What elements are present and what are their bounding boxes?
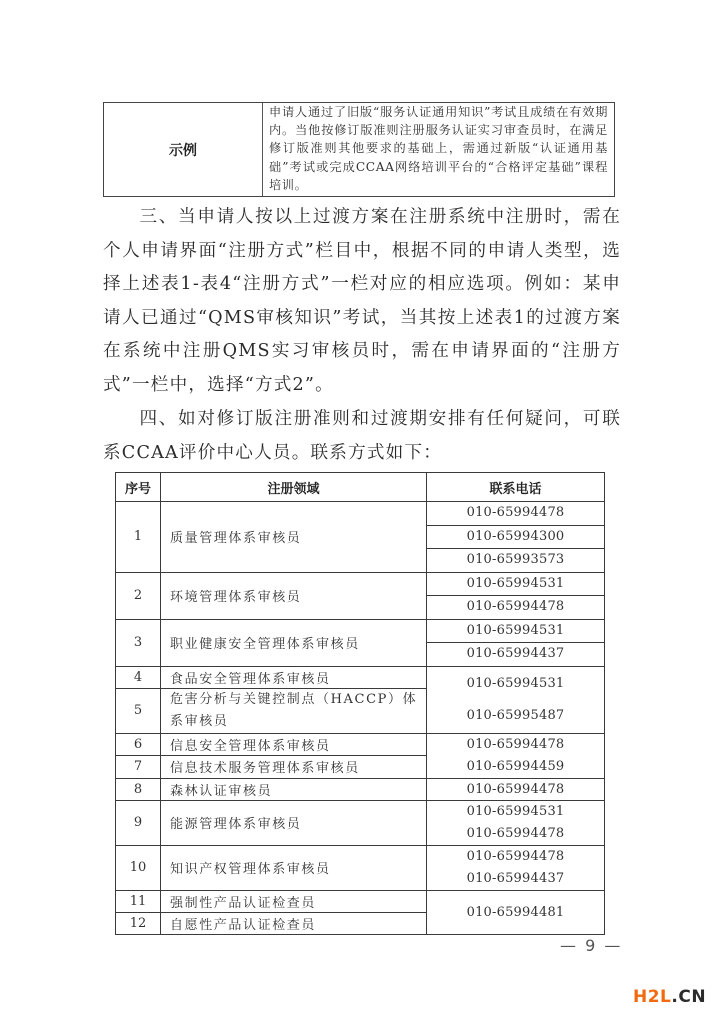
table-row: 10 知识产权管理体系审核员 010-65994478 010-65994437 xyxy=(116,845,605,890)
phone-number: 010-65994459 xyxy=(427,756,604,778)
row-domain: 知识产权管理体系审核员 xyxy=(161,845,427,890)
watermark-part2: .CN xyxy=(671,987,706,1007)
phone-number: 010-65994531 xyxy=(427,573,604,596)
phone-number: 010-65994531 xyxy=(427,668,604,700)
row-no: 5 xyxy=(116,688,161,733)
header-no: 序号 xyxy=(116,473,161,502)
example-label: 示例 xyxy=(104,103,263,196)
row-domain: 环境管理体系审核员 xyxy=(161,572,427,619)
row-phones-shared: 010-65994478 010-65994459 xyxy=(427,733,605,778)
row-no: 9 xyxy=(116,800,161,845)
paragraph-text: 三、当申请人按以上过渡方案在注册系统中注册时，需在个人申请界面“注册方式”栏目中… xyxy=(103,207,621,395)
contact-table: 序号 注册领域 联系电话 1 质量管理体系审核员 010-65994478 01… xyxy=(115,472,605,935)
phone-number: 010-65994478 xyxy=(427,823,604,845)
row-phones: 010-65994478 010-65994437 xyxy=(427,845,605,890)
table-row: 1 质量管理体系审核员 010-65994478 010-65994300 01… xyxy=(116,502,605,573)
row-domain: 森林认证审核员 xyxy=(161,778,427,800)
row-no: 3 xyxy=(116,619,161,666)
row-phones: 010-65994531 010-65994478 xyxy=(427,800,605,845)
phone-number: 010-65994437 xyxy=(427,642,604,666)
phone-number: 010-65994478 xyxy=(427,502,604,525)
row-domain: 食品安全管理体系审核员 xyxy=(161,666,427,688)
header-phone: 联系电话 xyxy=(427,473,605,502)
row-domain: 危害分析与关键控制点（HACCP）体系审核员 xyxy=(161,688,427,733)
row-phones: 010-65994531 010-65994437 xyxy=(427,619,605,666)
row-no: 8 xyxy=(116,778,161,800)
row-phones: 010-65994478 010-65994300 010-65993573 xyxy=(427,502,605,573)
paragraph-contact-intro: 四、如对修订版注册准则和过渡期安排有任何疑问，可联系CCAA评价中心人员。联系方… xyxy=(103,403,621,470)
row-no: 10 xyxy=(116,845,161,890)
table-row: 2 环境管理体系审核员 010-65994531 010-65994478 xyxy=(116,572,605,619)
phone-number: 010-65994531 xyxy=(427,801,604,823)
paragraph-registration-method: 三、当申请人按以上过渡方案在注册系统中注册时，需在个人申请界面“注册方式”栏目中… xyxy=(103,201,621,403)
site-watermark-logo: H2L.CN xyxy=(633,987,706,1007)
page-number: — 9 — xyxy=(560,936,622,955)
phone-number: 010-65994478 xyxy=(427,846,604,868)
table-row: 6 信息安全管理体系审核员 010-65994478 010-65994459 xyxy=(116,733,605,756)
header-domain: 注册领域 xyxy=(161,473,427,502)
row-phones: 010-65994531 010-65994478 xyxy=(427,572,605,619)
row-phones: 010-65994478 xyxy=(427,778,605,800)
phone-number: 010-65994478 xyxy=(427,595,604,619)
phone-number: 010-65994478 xyxy=(427,734,604,756)
row-no: 4 xyxy=(116,666,161,688)
paragraph-text: 四、如对修订版注册准则和过渡期安排有任何疑问，可联系CCAA评价中心人员。联系方… xyxy=(103,409,621,463)
row-no: 1 xyxy=(116,502,161,573)
row-domain: 职业健康安全管理体系审核员 xyxy=(161,619,427,666)
row-domain: 信息技术服务管理体系审核员 xyxy=(161,756,427,779)
row-no: 12 xyxy=(116,912,161,934)
table-header-row: 序号 注册领域 联系电话 xyxy=(116,473,605,502)
row-no: 7 xyxy=(116,756,161,779)
phone-number: 010-65994300 xyxy=(427,525,604,549)
row-no: 6 xyxy=(116,733,161,756)
phone-number: 010-65993573 xyxy=(427,548,604,572)
watermark-part1: H2L xyxy=(633,987,671,1007)
example-table: 示例 申请人通过了旧版“服务认证通用知识”考试且成绩在有效期内。当他按修订版准则… xyxy=(103,102,615,197)
row-phones-shared: 010-65994481 xyxy=(427,890,605,934)
table-row: 4 食品安全管理体系审核员 010-65994531 010-65995487 xyxy=(116,666,605,688)
phone-number: 010-65994437 xyxy=(427,868,604,890)
table-row: 11 强制性产品认证检查员 010-65994481 xyxy=(116,890,605,912)
document-page: 示例 申请人通过了旧版“服务认证通用知识”考试且成绩在有效期内。当他按修订版准则… xyxy=(0,0,720,1018)
example-text: 申请人通过了旧版“服务认证通用知识”考试且成绩在有效期内。当他按修订版准则注册服… xyxy=(263,103,614,196)
table-row: 8 森林认证审核员 010-65994478 xyxy=(116,778,605,800)
phone-number: 010-65994531 xyxy=(427,620,604,643)
row-domain: 能源管理体系审核员 xyxy=(161,800,427,845)
row-domain: 强制性产品认证检查员 xyxy=(161,890,427,912)
row-no: 11 xyxy=(116,890,161,912)
row-domain: 自愿性产品认证检查员 xyxy=(161,912,427,934)
row-no: 2 xyxy=(116,572,161,619)
table-row: 9 能源管理体系审核员 010-65994531 010-65994478 xyxy=(116,800,605,845)
row-domain: 质量管理体系审核员 xyxy=(161,502,427,573)
phone-number: 010-65995487 xyxy=(427,700,604,732)
table-row: 3 职业健康安全管理体系审核员 010-65994531 010-6599443… xyxy=(116,619,605,666)
row-domain: 信息安全管理体系审核员 xyxy=(161,733,427,756)
row-phones-shared: 010-65994531 010-65995487 xyxy=(427,666,605,733)
